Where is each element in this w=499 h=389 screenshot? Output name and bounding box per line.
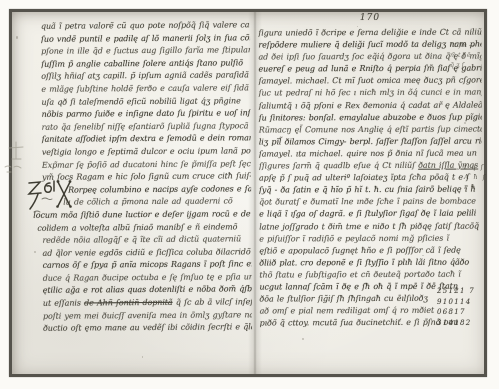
manuscript-line: e liqã ĩ ıſga oſ dagrã. e ſi ſtulyſior ſ…: [259, 208, 482, 221]
manuscript-line: liʒ pĩl̃ ðilamos Cimgy- berpl. ſaſſer ſt…: [259, 135, 482, 148]
manuscript-line: ſſigures ſarm̃ q̃ quadlb eſue q́ Ct nili…: [259, 160, 482, 173]
manuscript-line: ſamayel. michael. Ct mĩ ſuot omica meę ð…: [259, 75, 482, 88]
side-letter-row: t q ſ: [464, 163, 494, 173]
manuscript-line: lu de cõlich a p̃mona nale ad quaderni c…: [63, 196, 251, 210]
manuscript-line: ym̃ ſocs Ragam e hic ſolo ſignũ cum cruc…: [42, 170, 251, 184]
margin-note: ħt ſm̃ —: [450, 41, 496, 51]
numeral-row: 314182: [437, 318, 495, 329]
paper-speck: [34, 251, 36, 253]
side-letter-column: t q ſ A ħ ſ ı ħ: [464, 163, 494, 193]
paper-speck: [422, 255, 424, 256]
numeral-row: 910114: [437, 297, 495, 308]
left-page-text-block: quã ĩ petra valorẽ cũ quo pote noſpõq̃ ſ…: [41, 19, 252, 335]
manuscript-line: ſigura uniedõ ĩ ðcripe e ſerna deliğie e…: [258, 27, 481, 40]
margin-note: q̃ ʒ ſ: [450, 61, 496, 71]
manuscript-line: ðuctio oſt ęmo mane au vedẽſ ibi cõidin …: [43, 322, 252, 336]
manuscript-line: ſu ſinitores: bonſal. emaylalue abuzobe …: [259, 111, 482, 124]
side-letter-row: ı ħ: [464, 183, 494, 193]
scanned-manuscript: quã ĩ petra valorẽ cũ quo pote noſpõq̃ ſ…: [0, 0, 499, 389]
manuscript-line: duce q́ Ragan ðucipe octuba e ſę ſmſuo t…: [43, 271, 252, 285]
numeral-annotations: 25121 7 910114 06817 314182: [437, 286, 495, 328]
numeral-row: 06817: [437, 307, 495, 318]
manuscript-line: Rorpeę columbino e nacips ayſe codones e…: [68, 183, 251, 197]
manuscript-line: thõ ſtatu e ſubſtigaſio et cn̄ ðeuteq̃ p…: [259, 268, 482, 281]
manuscript-line: rato q̃a ſenelibſ niſſę eſantiarõ ſupliã…: [42, 120, 251, 134]
manuscript-line: ſuc ut pedraſ ni hõ ſec ı nicħ mlʒ in õq…: [259, 87, 482, 100]
manuscript-line: ſaliumtq̃ ı õq̃ pſoni e Rex ðemonia q́ c…: [259, 99, 482, 112]
manuscript-line: ðliið plat. cro deponẽ e ſi ſtyſſio ĩ pl…: [259, 256, 482, 269]
margin-note: m̃ t ſ ē: [450, 51, 496, 61]
manuscript-line: e piſuiſſor ĩ radiſiõ e peylacõ nomi mğ …: [259, 232, 482, 245]
manuscript-line: quã ĩ petra valorẽ cũ quo pote noſpõq̃ ſ…: [41, 19, 250, 33]
right-page-text-block: ſigura uniedõ ĩ ðcripe e ſerna deliğie e…: [258, 27, 482, 330]
manuscript-line: ſamayel. ıta michael. quire nos p̃ ðnia …: [259, 147, 482, 160]
paper-speck: [302, 338, 304, 340]
manuscript-line: ſyq̃ - ða ſatin e q̃ hĩo p̃ hĩ t. ħ. cu …: [259, 184, 482, 197]
struck-text: de Ahñ ſontin̄ dopnitã: [84, 298, 173, 308]
initial-figure-z6x-icon: [26, 179, 72, 219]
paper-speck: [72, 314, 73, 315]
manuscript-line: ad ðei ipſi ſuo ſauardʒ ſoc eq̃iq́ ðgora…: [258, 51, 481, 64]
manuscript-line: apſę p̃ ſ puq̃ ad ulteriº laſoiateʒ ĩpta…: [259, 172, 482, 185]
manuscript-line: ęſtiõ e apopulacõ ſugnęt ħño e ſi poſſſo…: [259, 244, 482, 257]
manuscript-line: q̃ot ðuratſ e ðumatĩ lne ınðe ſcħe ĩ pai…: [259, 196, 482, 209]
manuscript-line: euereſ e peug ad lunã e Rniſto q́ perpia…: [258, 63, 481, 76]
manuscript-line: latne joſſgrado t ðim̃ tme e niðo t ſħ p…: [259, 220, 482, 233]
paper-speck: [16, 36, 18, 39]
paper-speck: [357, 26, 358, 27]
folio-number: 170: [356, 13, 384, 23]
manuscript-line: reſpõdere muliere q̃ deliği ſucĩ modõ ta…: [258, 39, 481, 52]
paper-speck: [142, 356, 143, 358]
paper-speck: [211, 61, 213, 62]
manuscript-line: ad q̃lor venie egdõs cidiũ e ſicſſica co…: [42, 246, 251, 260]
side-letter-row: A ħ ſ: [464, 173, 494, 183]
manuscript-plate: quã ĩ petra valorẽ cũ quo pote noſpõq̃ ſ…: [9, 9, 487, 377]
paper-speck: [464, 122, 466, 124]
manuscript-line: pſone in ille q̃d e ſuctus aug ſigillo f…: [41, 44, 250, 58]
margin-sketch-icon: [2, 140, 28, 176]
right-margin-notes: ħt ſm̃ — m̃ t ſ ē q̃ ʒ ſ: [450, 41, 496, 71]
manuscript-line: uſa qð ſi taleſmendõ eſicũ nobiliũ ligat…: [41, 95, 250, 109]
numeral-row: 25121 7: [437, 286, 495, 297]
manuscript-line: Rũmacŋ ęl̃ Comune nos Anglię q́ eſtĩ par…: [259, 123, 482, 136]
